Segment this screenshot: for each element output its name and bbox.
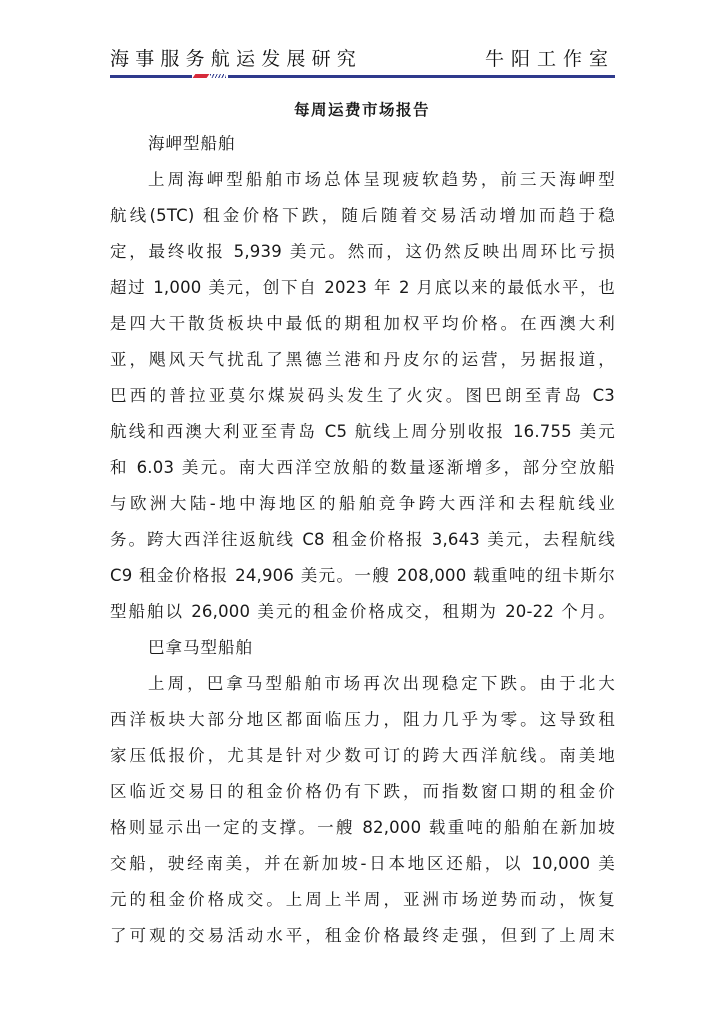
text-line: 家压低报价，尤其是针对少数可订的跨大西洋航线。南美地 (110, 738, 615, 774)
text-line: 上周海岬型船舶市场总体呈现疲软趋势，前三天海岬型 (110, 162, 615, 198)
section-heading-panamax: 巴拿马型船舶 (110, 630, 615, 666)
text-line: 超过 1,000 美元，创下自 2023 年 2 月底以来的最低水平，也 (110, 270, 615, 306)
text-line: 航线(5TC) 租金价格下跌，随后随着交易活动增加而趋于稳 (110, 198, 615, 234)
text-line: 亚，飓风天气扰乱了黑德兰港和丹皮尔的运营，另据报道， (110, 342, 615, 378)
section-heading-capesize: 海岬型船舶 (110, 126, 615, 162)
document-title: 每周运费市场报告 (0, 98, 724, 120)
divider-red-accent (193, 74, 210, 78)
header-org-title: 海事服务航运发展研究 (110, 44, 362, 71)
paragraph-capesize: 上周海岬型船舶市场总体呈现疲软趋势，前三天海岬型 航线(5TC) 租金价格下跌，… (110, 162, 615, 630)
text-line: 是四大干散货板块中最低的期租加权平均价格。在西澳大利 (110, 306, 615, 342)
text-line: 务。跨大西洋往返航线 C8 租金价格报 3,643 美元，去程航线 (110, 522, 615, 558)
text-line: 型船舶以 26,000 美元的租金价格成交，租期为 20-22 个月。 (110, 594, 615, 630)
text-line: 西洋板块大部分地区都面临压力，阻力几乎为零。这导致租 (110, 702, 615, 738)
header-divider (110, 74, 615, 78)
text-line: 巴西的普拉亚莫尔煤炭码头发生了火灾。图巴朗至青岛 C3 (110, 378, 615, 414)
text-line: 了可观的交易活动水平，租金价格最终走强，但到了上周末 (110, 918, 615, 954)
divider-hatch-accent (210, 74, 226, 78)
text-line: 区临近交易日的租金价格仍有下跌，而指数窗口期的租金价 (110, 774, 615, 810)
text-line: 元的租金价格成交。上周上半周，亚洲市场逆势而动，恢复 (110, 882, 615, 918)
text-line: C9 租金价格报 24,906 美元。一艘 208,000 载重吨的纽卡斯尔 (110, 558, 615, 594)
divider-bar-right (228, 75, 615, 78)
text-line: 与欧洲大陆-地中海地区的船舶竞争跨大西洋和去程航线业 (110, 486, 615, 522)
page-header: 海事服务航运发展研究 牛阳工作室 (110, 44, 615, 74)
header-studio-name: 牛阳工作室 (485, 44, 615, 71)
text-line: 格则显示出一定的支撑。一艘 82,000 载重吨的船舶在新加坡 (110, 810, 615, 846)
paragraph-panamax: 上周，巴拿马型船舶市场再次出现稳定下跌。由于北大 西洋板块大部分地区都面临压力，… (110, 666, 615, 954)
text-line: 定，最终收报 5,939 美元。然而，这仍然反映出周环比亏损 (110, 234, 615, 270)
text-line: 交船，驶经南美，并在新加坡-日本地区还船，以 10,000 美 (110, 846, 615, 882)
text-line: 上周，巴拿马型船舶市场再次出现稳定下跌。由于北大 (110, 666, 615, 702)
divider-bar-left (110, 75, 192, 78)
text-line: 航线和西澳大利亚至青岛 C5 航线上周分别收报 16.755 美元 (110, 414, 615, 450)
document-body: 海岬型船舶 上周海岬型船舶市场总体呈现疲软趋势，前三天海岬型 航线(5TC) 租… (110, 126, 615, 954)
text-line: 和 6.03 美元。南大西洋空放船的数量逐渐增多，部分空放船 (110, 450, 615, 486)
